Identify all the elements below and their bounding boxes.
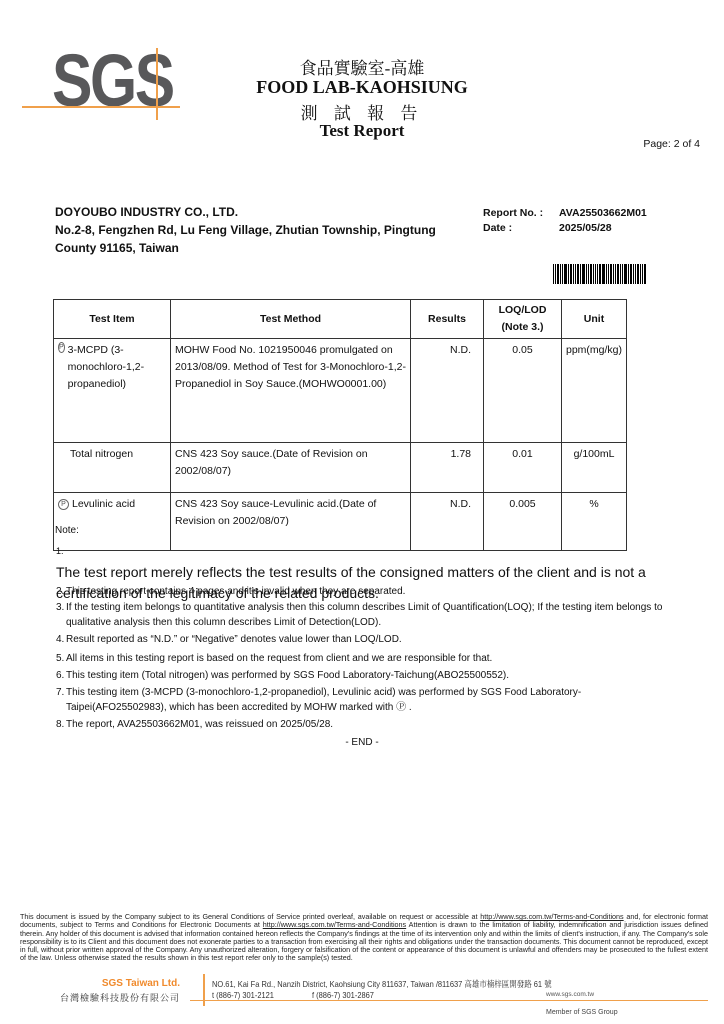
- note-item: 4.Result reported as “N.D.” or “Negative…: [56, 632, 686, 647]
- results-table: Test Item Test Method Results LOQ/LOD (N…: [53, 299, 627, 551]
- footer-member-text: Member of SGS Group: [546, 1009, 618, 1016]
- note-text: This testing item (Total nitrogen) was p…: [66, 668, 681, 683]
- note-text: This testing item (3-MCPD (3-monochloro-…: [66, 685, 681, 715]
- footer-fax: f (886-7) 301-2867: [312, 990, 374, 1000]
- accredited-p-icon: P: [58, 342, 65, 353]
- note-item: 8.The report, AVA25503662M01, was reissu…: [56, 717, 686, 732]
- cell-test-item: Total nitrogen: [54, 443, 171, 493]
- note-text: If the testing item belongs to quantitat…: [66, 600, 681, 630]
- cell-result: N.D.: [411, 339, 484, 443]
- legal-disclaimer: This document is issued by the Company s…: [20, 913, 708, 963]
- note-item: 2.This testing report contains 4 pages a…: [56, 584, 686, 599]
- footer-address: NO.61, Kai Fa Rd., Nanzih District, Kaoh…: [212, 978, 552, 990]
- table-header-row: Test Item Test Method Results LOQ/LOD (N…: [54, 300, 627, 339]
- test-item-name: 3-MCPD (3-monochloro-1,2-propanediol): [68, 342, 166, 393]
- note-number: 8.: [56, 717, 66, 732]
- report-title-en: Test Report: [0, 121, 724, 141]
- cell-unit: ppm(mg/kg): [562, 339, 627, 443]
- test-item-name: Total nitrogen: [58, 446, 133, 463]
- note-number: 1.: [56, 541, 68, 562]
- footer-telephone: t (886-7) 301-2121: [212, 990, 274, 1000]
- note-number: 4.: [56, 632, 66, 647]
- footer-company-name-en: SGS Taiwan Ltd.: [60, 978, 180, 989]
- client-address-line2: County 91165, Taiwan: [55, 241, 179, 255]
- note-item: 6.This testing item (Total nitrogen) was…: [56, 668, 686, 683]
- barcode: [553, 264, 669, 284]
- page-number: Page: 2 of 4: [643, 138, 700, 150]
- header-loq-line2: (Note 3.): [502, 321, 544, 333]
- header-loq-lod: LOQ/LOD (Note 3.): [484, 300, 562, 339]
- table-row: P 3-MCPD (3-monochloro-1,2-propanediol) …: [54, 339, 627, 443]
- note-number: 5.: [56, 651, 66, 666]
- lab-title-zh: 食品實驗室-高雄: [0, 54, 724, 79]
- test-item-name: Levulinic acid: [72, 498, 135, 510]
- note-number: 6.: [56, 668, 66, 683]
- footer-horizontal-divider: [190, 1000, 708, 1001]
- footer-vertical-divider: [203, 974, 205, 1006]
- cell-loq: 0.05: [484, 339, 562, 443]
- note-text: This testing report contains 4 pages and…: [66, 584, 681, 599]
- cell-result: 1.78: [411, 443, 484, 493]
- note-text: Result reported as “N.D.” or “Negative” …: [66, 632, 681, 647]
- cell-test-method: MOHW Food No. 1021950046 promulgated on …: [171, 339, 411, 443]
- note-item: 3.If the testing item belongs to quantit…: [56, 600, 686, 630]
- note-number: 2.: [56, 584, 66, 599]
- cell-unit: g/100mL: [562, 443, 627, 493]
- accredited-p-icon: P: [58, 499, 69, 510]
- cell-test-item: P 3-MCPD (3-monochloro-1,2-propanediol): [54, 339, 171, 443]
- lab-title-en: FOOD LAB-KAOHSIUNG: [0, 77, 724, 98]
- report-no-value: AVA25503662M01: [559, 207, 647, 219]
- end-marker: - END -: [0, 737, 724, 748]
- note-text: The report, AVA25503662M01, was reissued…: [66, 717, 681, 732]
- footer-company-name-zh: 台灣檢驗科技股份有限公司: [48, 991, 180, 1004]
- client-address-line1: No.2-8, Fengzhen Rd, Lu Feng Village, Zh…: [55, 223, 436, 237]
- report-date-label: Date :: [483, 222, 512, 234]
- header-loq-line1: LOQ/LOD: [499, 304, 547, 316]
- note-item: 7.This testing item (3-MCPD (3-monochlor…: [56, 685, 686, 715]
- report-date-value: 2025/05/28: [559, 222, 612, 234]
- header-unit: Unit: [562, 300, 627, 339]
- header-results: Results: [411, 300, 484, 339]
- report-no-label: Report No. :: [483, 207, 543, 219]
- footer-website[interactable]: www.sgs.com.tw: [546, 991, 594, 998]
- notes-label: Note:: [55, 525, 79, 536]
- header-test-method: Test Method: [171, 300, 411, 339]
- note-item: 5.All items in this testing report is ba…: [56, 651, 686, 666]
- note-number: 3.: [56, 600, 66, 615]
- cell-loq: 0.01: [484, 443, 562, 493]
- table-row: Total nitrogen CNS 423 Soy sauce.(Date o…: [54, 443, 627, 493]
- note-number: 7.: [56, 685, 66, 700]
- header-test-item: Test Item: [54, 300, 171, 339]
- client-name: DOYOUBO INDUSTRY CO., LTD.: [55, 205, 238, 219]
- cell-test-method: CNS 423 Soy sauce.(Date of Revision on 2…: [171, 443, 411, 493]
- note-text: All items in this testing report is base…: [66, 651, 681, 666]
